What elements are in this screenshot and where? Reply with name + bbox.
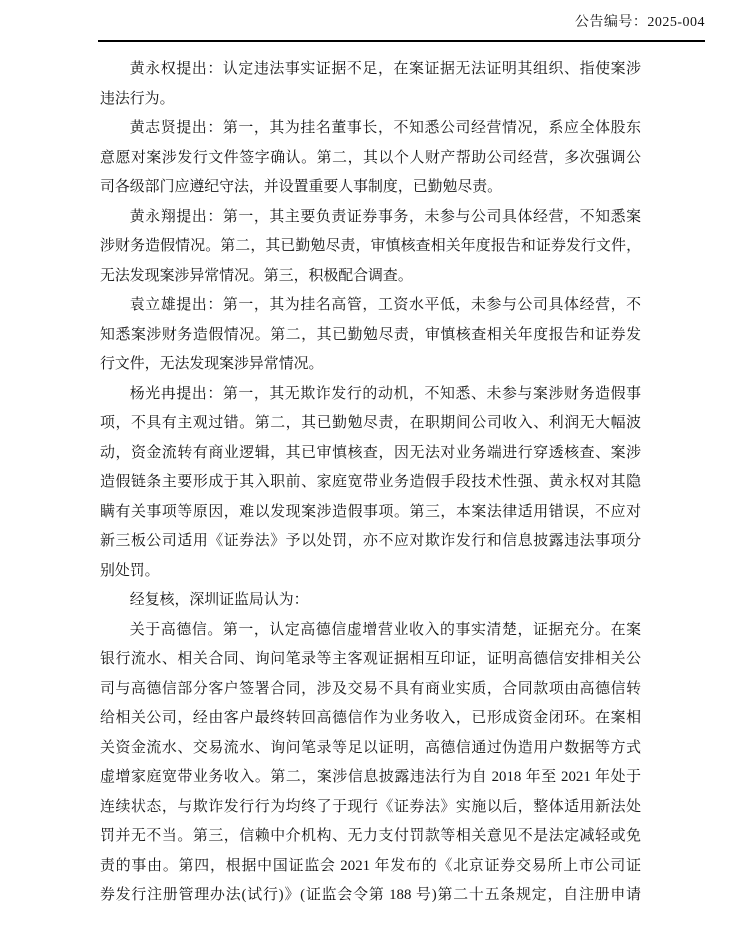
paragraph-line: 关于高德信。第一，认定高德信虚增营业收入的事实清楚，证据充分。在案 [100,616,641,646]
paragraph-line: 责的事由。第四，根据中国证监会 2021 年发布的《北京证券交易所上市公司证 [100,852,641,882]
announcement-number: 公告编号：2025-004 [575,15,705,30]
paragraph-line: 项，不具有主观过错。第二，其已勤勉尽责，在职期间公司收入、利润无大幅波 [100,409,641,439]
paragraph-line: 黄永权提出：认定违法事实证据不足，在案证据无法证明其组织、指使案涉 [100,55,641,85]
paragraph-line: 杨光冉提出：第一，其无欺诈发行的动机，不知悉、未参与案涉财务造假事 [100,380,641,410]
paragraph-line: 给相关公司，经由客户最终转回高德信作为业务收入，已形成资金闭环。在案相 [100,704,641,734]
paragraph-line: 造假链条主要形成于其入职前、家庭宽带业务造假手段技术性强、黄永权对其隐 [100,468,641,498]
paragraph-line: 知悉案涉财务造假情况。第二，其已勤勉尽责，审慎核查相关年度报告和证券发 [100,321,641,351]
paragraph-line: 新三板公司适用《证券法》予以处罚，亦不应对欺诈发行和信息披露违法事项分 [100,527,641,557]
paragraph-line: 瞒有关事项等原因，难以发现案涉造假事项。第三，本案法律适用错误，不应对 [100,498,641,528]
paragraph-line: 司各级部门应遵纪守法，并设置重要人事制度，已勤勉尽责。 [100,173,641,203]
paragraph-line: 袁立雄提出：第一，其为挂名高管，工资水平低，未参与公司具体经营，不 [100,291,641,321]
document-body: 黄永权提出：认定违法事实证据不足，在案证据无法证明其组织、指使案涉违法行为。黄志… [100,55,641,911]
paragraph-line: 连续状态，与欺诈发行行为均终了于现行《证券法》实施以后，整体适用新法处 [100,793,641,823]
header-rule [98,40,705,42]
paragraph-line: 关资金流水、交易流水、询问笔录等足以证明，高德信通过伪造用户数据等方式 [100,734,641,764]
document-header: 公告编号：2025-004 [0,14,705,32]
paragraph-line: 黄永翔提出：第一，其主要负责证券事务，未参与公司具体经营，不知悉案 [100,203,641,233]
paragraph-line: 动，资金流转有商业逻辑，其已审慎核查，因无法对业务端进行穿透核查、案涉 [100,439,641,469]
paragraph-line: 经复核，深圳证监局认为： [100,586,641,616]
paragraph-line: 别处罚。 [100,557,641,587]
paragraph-line: 罚并无不当。第三，信赖中介机构、无力支付罚款等相关意见不是法定减轻或免 [100,822,641,852]
paragraph-line: 黄志贤提出：第一，其为挂名董事长，不知悉公司经营情况，系应全体股东 [100,114,641,144]
paragraph-line: 券发行注册管理办法(试行)》(证监会令第 188 号)第二十五条规定，自注册申请 [100,881,641,911]
paragraph-line: 虚增家庭宽带业务收入。第二，案涉信息披露违法行为自 2018 年至 2021 年… [100,763,641,793]
paragraph-line: 涉财务造假情况。第二，其已勤勉尽责，审慎核查相关年度报告和证券发行文件， [100,232,641,262]
paragraph-line: 银行流水、相关合同、询问笔录等主客观证据相互印证，证明高德信安排相关公 [100,645,641,675]
paragraph-line: 意愿对案涉发行文件签字确认。第二，其以个人财产帮助公司经营，多次强调公 [100,144,641,174]
paragraph-line: 违法行为。 [100,85,641,115]
document-page: 公告编号：2025-004 黄永权提出：认定违法事实证据不足，在案证据无法证明其… [0,0,740,940]
paragraph-line: 行文件，无法发现案涉异常情况。 [100,350,641,380]
paragraph-line: 无法发现案涉异常情况。第三，积极配合调查。 [100,262,641,292]
paragraph-line: 司与高德信部分客户签署合同，涉及交易不具有商业实质，合同款项由高德信转 [100,675,641,705]
